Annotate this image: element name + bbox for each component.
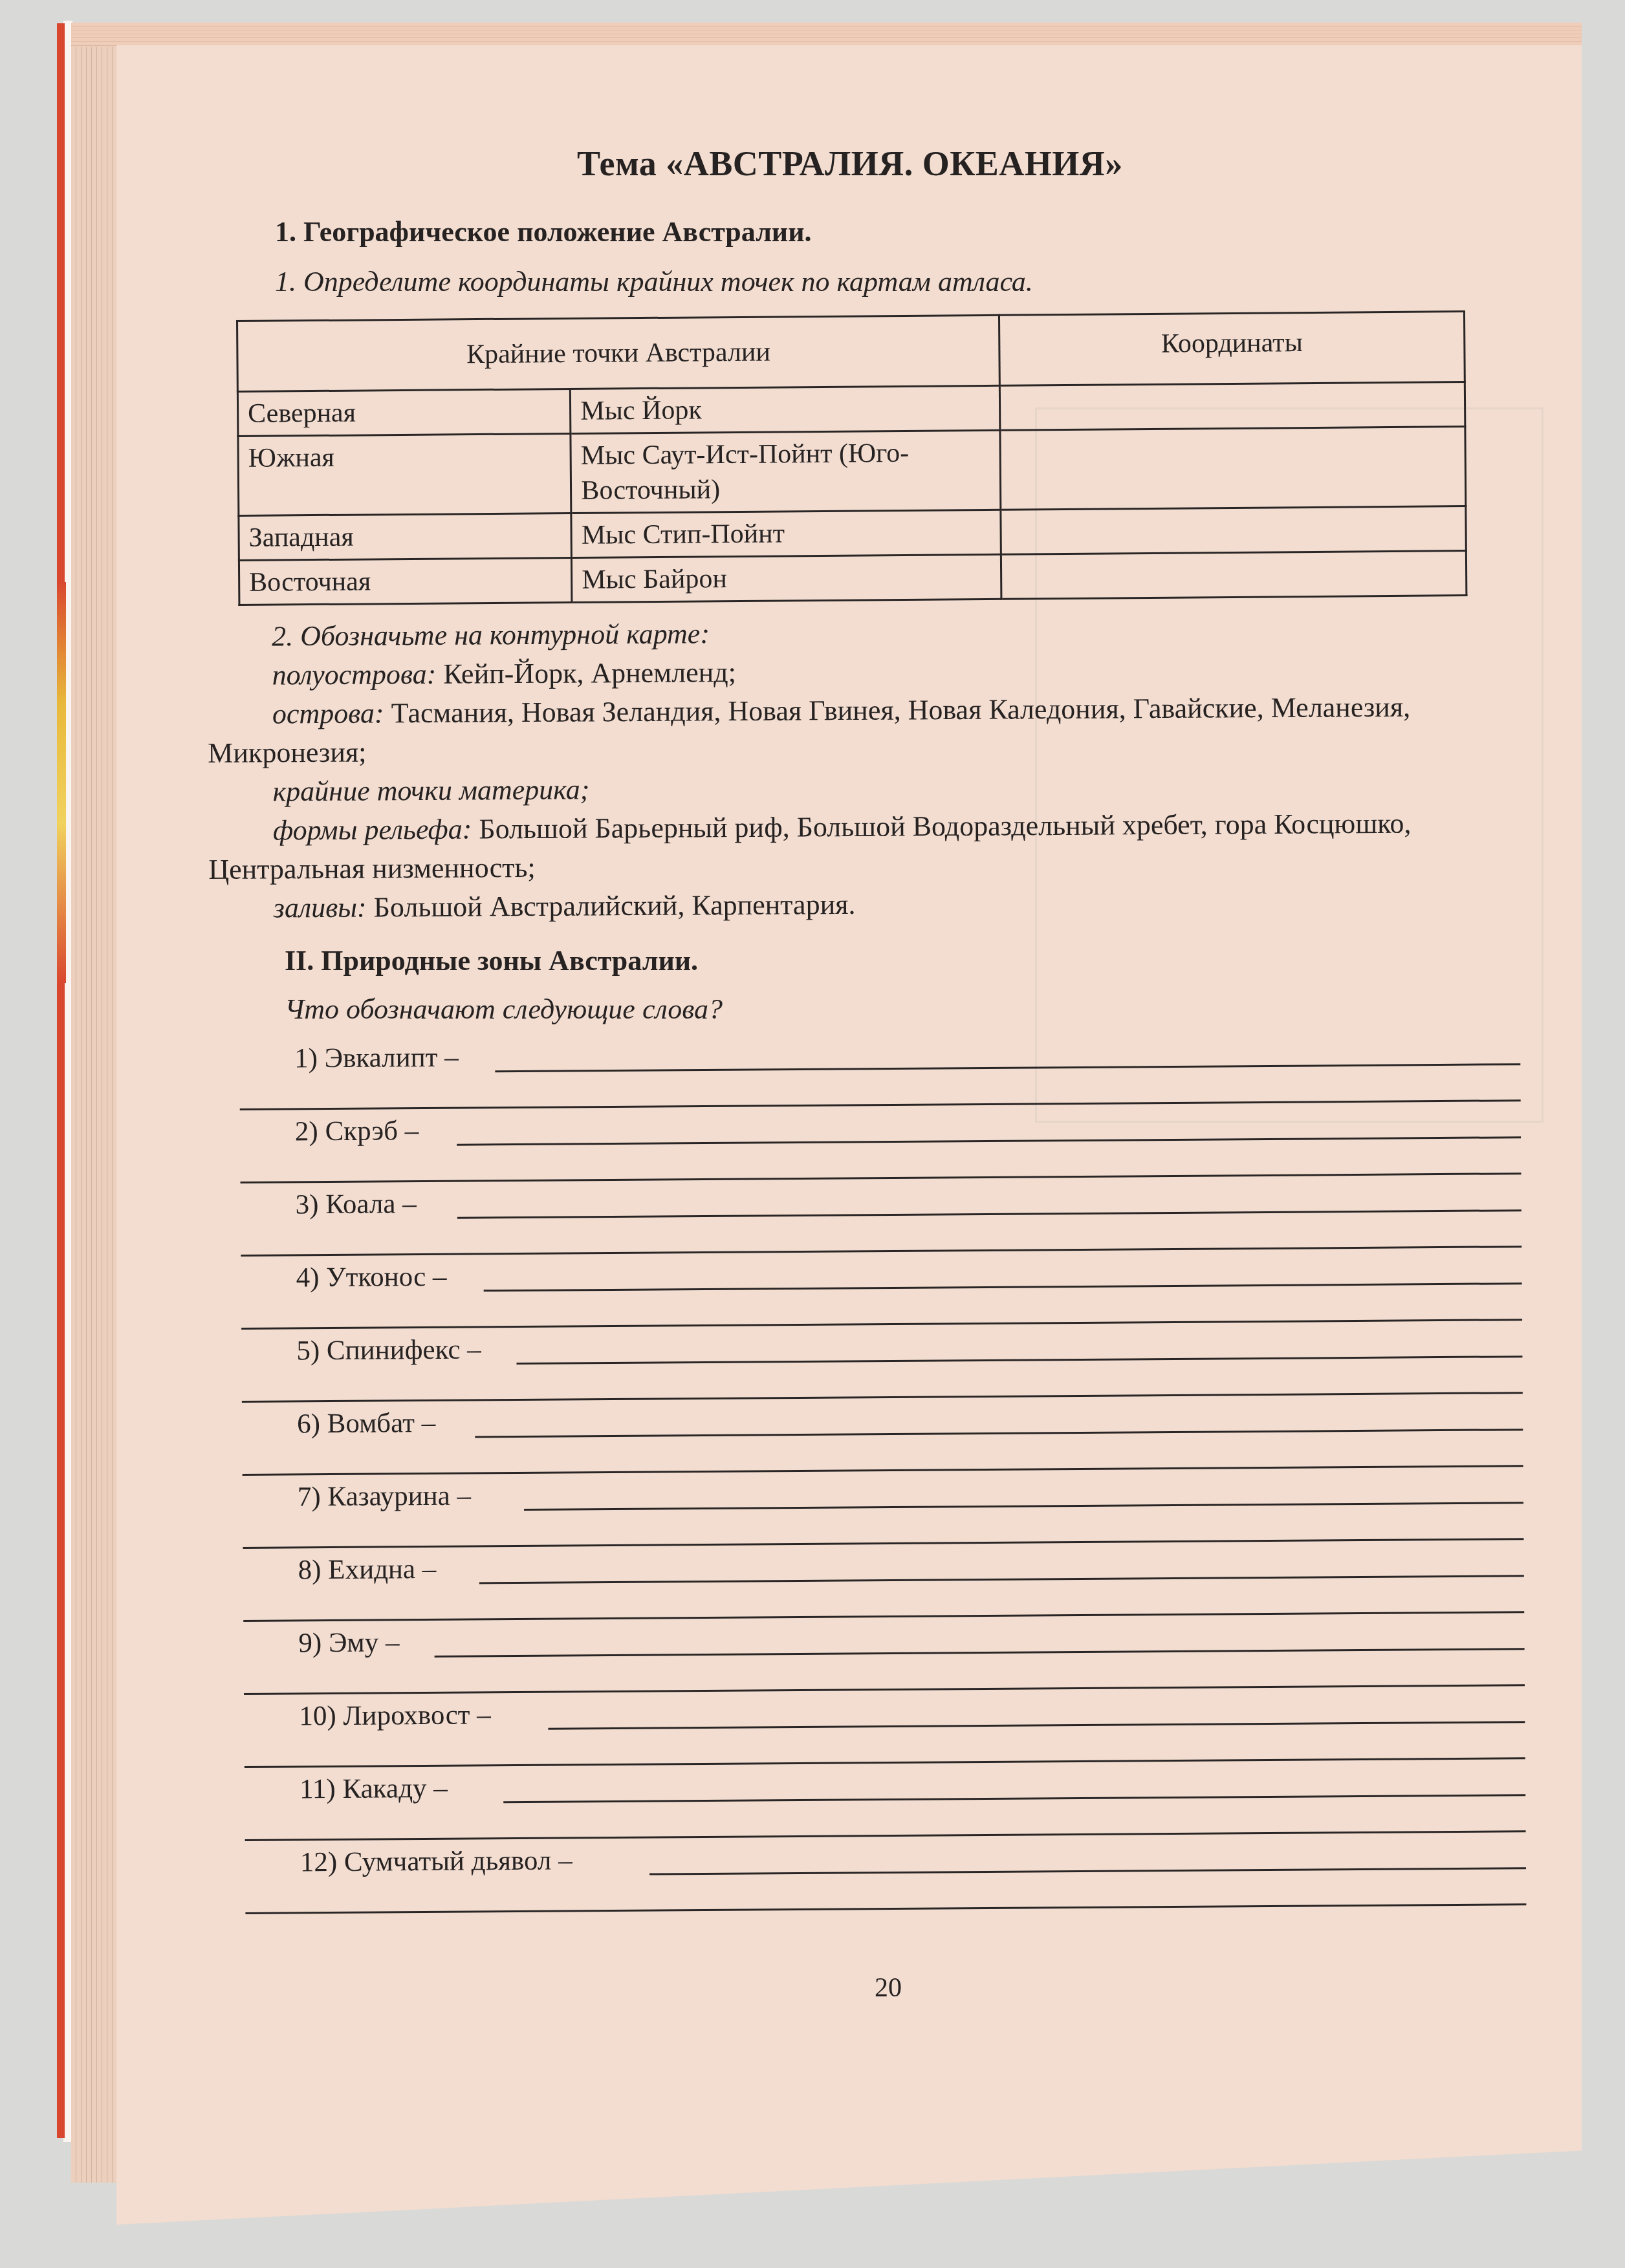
table-row: Южная Мыс Саут-Ист-Пойнт (Юго-Восточный)	[238, 427, 1466, 516]
book-cover-color-edge	[57, 582, 66, 983]
coordinates-input-cell[interactable]	[1000, 427, 1466, 510]
answer-line[interactable]	[475, 1429, 1523, 1438]
task-2-block: 2. Обозначьте на контурной карте: полуос…	[207, 610, 1516, 928]
page-title: Тема «АВСТРАЛИЯ. ОКЕАНИЯ»	[577, 144, 1123, 184]
list-item: 1) Эвкалипт –	[239, 1032, 1521, 1114]
answer-line[interactable]	[495, 1063, 1520, 1072]
coordinates-input-cell[interactable]	[1001, 506, 1466, 555]
direction-cell: Западная	[239, 513, 572, 560]
task-2-item-gulfs: заливы: Большой Австралийский, Карпентар…	[209, 881, 1516, 928]
coordinates-input-cell[interactable]	[1000, 382, 1465, 431]
page-stack-edges	[71, 23, 123, 2183]
answer-line[interactable]	[649, 1867, 1526, 1875]
list-item: 2) Скрэб –	[240, 1105, 1521, 1187]
table-row: Восточная Мыс Байрон	[239, 551, 1466, 605]
list-item: 9) Эму –	[243, 1617, 1525, 1699]
header-extreme-points: Крайние точки Австралии	[237, 315, 1000, 391]
point-cell: Мыс Саут-Ист-Пойнт (Юго-Восточный)	[571, 430, 1001, 513]
table-header-row: Крайние точки Австралии Координаты	[237, 312, 1465, 392]
list-item: 4) Утконос –	[241, 1251, 1522, 1334]
page-stack-top	[71, 23, 1582, 47]
answer-line[interactable]	[548, 1721, 1525, 1730]
list-item: 7) Казаурина –	[243, 1471, 1524, 1553]
term-label: 7) Казаурина –	[298, 1478, 471, 1516]
header-coordinates: Координаты	[999, 312, 1465, 386]
direction-cell: Восточная	[239, 557, 572, 605]
term-label: 8) Ехидна –	[298, 1551, 437, 1588]
point-cell: Мыс Байрон	[572, 554, 1001, 602]
answer-line[interactable]	[479, 1575, 1524, 1584]
term-label: 2) Скрэб –	[295, 1113, 419, 1150]
answer-line[interactable]	[503, 1794, 1525, 1803]
term-label: 5) Спинифекс –	[296, 1332, 481, 1369]
section-1-heading: 1. Географическое положение Австралии.	[275, 215, 812, 248]
answer-line[interactable]	[435, 1648, 1525, 1658]
answer-line[interactable]	[484, 1282, 1522, 1291]
list-item: 8) Ехидна –	[243, 1544, 1525, 1626]
term-label: 4) Утконос –	[296, 1259, 446, 1297]
term-label: 9) Эму –	[298, 1625, 399, 1661]
page-number: 20	[875, 1972, 902, 2003]
section-2-heading: II. Природные зоны Австралии.	[285, 944, 698, 977]
task-2-item-islands: острова: Тасмания, Новая Зеландия, Новая…	[208, 687, 1515, 773]
terms-list: 1) Эвкалипт – 2) Скрэб – 3) Коала – 4) У…	[239, 1032, 1526, 1918]
point-cell: Мыс Стип-Пойнт	[571, 510, 1001, 557]
term-label: 6) Вомбат –	[297, 1405, 435, 1442]
list-item: 11) Какаду –	[245, 1763, 1526, 1845]
answer-line[interactable]	[457, 1209, 1521, 1218]
answer-line[interactable]	[516, 1355, 1522, 1365]
book-cover-red-edge	[57, 23, 65, 2138]
term-label: 11) Какаду –	[300, 1771, 448, 1808]
term-label: 12) Сумчатый дьявол –	[300, 1842, 573, 1881]
answer-line[interactable]	[524, 1502, 1523, 1511]
extreme-points-table: Крайние точки Австралии Координаты Север…	[236, 310, 1467, 606]
task-1-instruction: 1. Определите координаты крайних точек п…	[275, 265, 1033, 298]
list-item: 5) Спинифекс –	[241, 1324, 1523, 1407]
term-label: 3) Коала –	[296, 1186, 417, 1223]
list-item: 3) Коала –	[241, 1178, 1522, 1260]
list-item: 10) Лирохвост –	[244, 1690, 1525, 1772]
list-item: 12) Сумчатый дьявол –	[245, 1836, 1527, 1918]
section-2-question: Что обозначают следующие слова?	[285, 993, 723, 1026]
coordinates-input-cell[interactable]	[1001, 551, 1467, 599]
direction-cell: Южная	[238, 433, 571, 515]
list-item: 6) Вомбат –	[242, 1398, 1523, 1480]
task-2-item-landforms: формы рельефа: Большой Барьерный риф, Бо…	[208, 804, 1516, 889]
answer-line[interactable]	[457, 1136, 1521, 1145]
term-label: 10) Лирохвост –	[299, 1697, 491, 1734]
direction-cell: Северная	[237, 389, 571, 436]
point-cell: Мыс Йорк	[571, 385, 1000, 433]
term-label: 1) Эвкалипт –	[294, 1040, 459, 1077]
